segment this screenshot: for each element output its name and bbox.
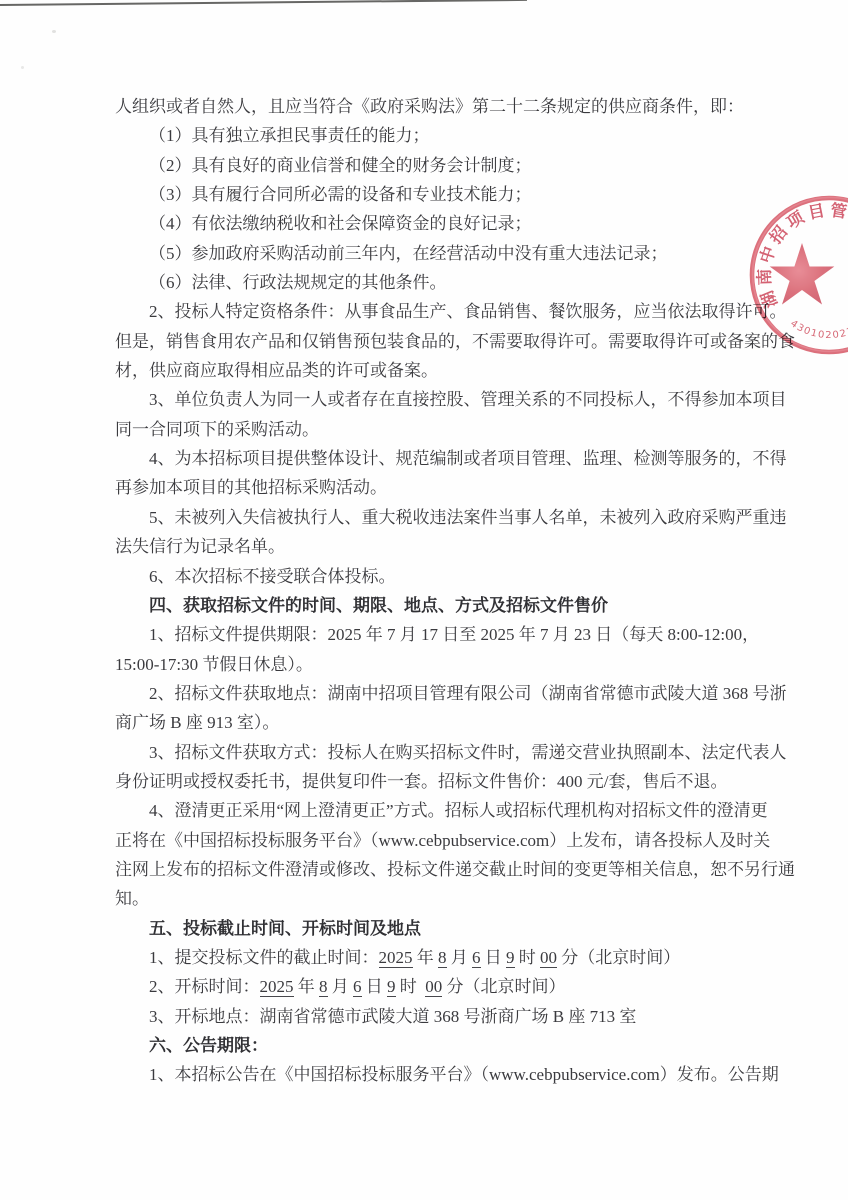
text-run: 时	[515, 948, 541, 967]
text-run: 分（北京时间）	[557, 948, 680, 967]
section-heading: 五、投标截止时间、开标时间及地点	[115, 914, 763, 943]
doc-line: 4、澄清更正采用“网上澄清更正”方式。招标人或招标代理机构对招标文件的澄清更	[115, 796, 763, 825]
section-heading: 六、公告期限：	[115, 1031, 763, 1060]
text-run: 身份证明或授权委托书，提供复印件一套。招标文件售价：400 元/套，售后不退。	[115, 772, 727, 791]
text-run: 分（北京时间）	[442, 977, 565, 996]
doc-line: （5）参加政府采购活动前三年内，在经营活动中没有重大违法记录；	[115, 239, 763, 268]
doc-line: 身份证明或授权委托书，提供复印件一套。招标文件售价：400 元/套，售后不退。	[115, 767, 763, 796]
text-run: （1）具有独立承担民事责任的能力；	[149, 126, 430, 145]
underlined-value: 8	[438, 948, 447, 968]
document-body-text: 人组织或者自然人，且应当符合《政府采购法》第二十二条规定的供应商条件，即：（1）…	[115, 92, 763, 1090]
underlined-value: 6	[472, 948, 481, 968]
doc-line: 人组织或者自然人，且应当符合《政府采购法》第二十二条规定的供应商条件，即：	[115, 92, 763, 121]
text-run: 4、为本招标项目提供整体设计、规范编制或者项目管理、监理、检测等服务的，不得	[149, 449, 787, 468]
text-run: （2）具有良好的商业信誉和健全的财务会计制度；	[149, 156, 532, 175]
text-run: 日	[362, 977, 388, 996]
text-run: （3）具有履行合同所必需的设备和专业技术能力；	[149, 185, 532, 204]
text-run: 3、招标文件获取方式：投标人在购买招标文件时，需递交营业执照副本、法定代表人	[149, 743, 787, 762]
text-run: 年	[413, 948, 439, 967]
doc-line: 材，供应商应取得相应品类的许可或备案。	[115, 356, 763, 385]
text-run: 2、投标人特定资格条件：从事食品生产、食品销售、餐饮服务，应当依法取得许可。	[149, 302, 787, 321]
text-run: 4、澄清更正采用“网上澄清更正”方式。招标人或招标代理机构对招标文件的澄清更	[149, 801, 768, 820]
text-run: 2、开标时间：	[149, 977, 260, 996]
doc-line: 1、招标文件提供期限：2025 年 7 月 17 日至 2025 年 7 月 2…	[115, 620, 763, 649]
doc-line: （4）有依法缴纳税收和社会保障资金的良好记录；	[115, 209, 763, 238]
doc-line: （3）具有履行合同所必需的设备和专业技术能力；	[115, 180, 763, 209]
doc-line: 3、单位负责人为同一人或者存在直接控股、管理关系的不同投标人，不得参加本项目	[115, 385, 763, 414]
text-run: 法失信行为记录名单。	[115, 537, 285, 556]
text-run: 日	[481, 948, 507, 967]
text-run: 15:00-17:30 节假日休息）。	[115, 655, 313, 674]
section-heading: 四、获取招标文件的时间、期限、地点、方式及招标文件售价	[115, 591, 763, 620]
doc-line: 法失信行为记录名单。	[115, 532, 763, 561]
underlined-value: 8	[319, 977, 328, 997]
text-run: 6、本次招标不接受联合体投标。	[149, 567, 396, 586]
doc-line: （2）具有良好的商业信誉和健全的财务会计制度；	[115, 151, 763, 180]
doc-line: （1）具有独立承担民事责任的能力；	[115, 121, 763, 150]
text-run: （5）参加政府采购活动前三年内，在经营活动中没有重大违法记录；	[149, 244, 668, 263]
text-run: 月	[328, 977, 354, 996]
underlined-value: 9	[506, 948, 515, 968]
text-run: 正将在《中国招标投标服务平台》（www.cebpubservice.com）上发…	[115, 831, 770, 850]
doc-line: （6）法律、行政法规规定的其他条件。	[115, 268, 763, 297]
doc-line: 正将在《中国招标投标服务平台》（www.cebpubservice.com）上发…	[115, 826, 763, 855]
underlined-value: 2025	[260, 977, 294, 997]
text-run: 年	[294, 977, 320, 996]
underlined-value: 00	[425, 977, 442, 997]
text-run: 时	[396, 977, 426, 996]
text-run: 人组织或者自然人，且应当符合《政府采购法》第二十二条规定的供应商条件，即：	[115, 97, 744, 116]
text-run: 2、招标文件获取地点：湖南中招项目管理有限公司（湖南省常德市武陵大道 368 号…	[149, 684, 787, 703]
text-run: 1、本招标公告在《中国招标投标服务平台》（www.cebpubservice.c…	[149, 1065, 779, 1084]
seal-serial-number: 43010202196	[788, 318, 848, 341]
underlined-value: 00	[540, 948, 557, 968]
company-seal-stamp: 湖南中招项目管理有限公司 43010202196	[745, 190, 848, 360]
doc-line: 2、开标时间：2025 年 8 月 6 日 9 时 00 分（北京时间）	[115, 972, 763, 1001]
text-run: 四、获取招标文件的时间、期限、地点、方式及招标文件售价	[149, 596, 608, 615]
doc-line: 注网上发布的招标文件澄清或修改、投标文件递交截止时间的变更等相关信息，恕不另行通	[115, 855, 763, 884]
doc-line: 1、本招标公告在《中国招标投标服务平台》（www.cebpubservice.c…	[115, 1060, 763, 1089]
seal-star-icon	[770, 243, 835, 305]
doc-line: 3、招标文件获取方式：投标人在购买招标文件时，需递交营业执照副本、法定代表人	[115, 738, 763, 767]
text-run: 1、招标文件提供期限：2025 年 7 月 17 日至 2025 年 7 月 2…	[149, 625, 759, 644]
doc-line: 6、本次招标不接受联合体投标。	[115, 562, 763, 591]
scan-speck	[52, 30, 56, 33]
doc-line: 15:00-17:30 节假日休息）。	[115, 650, 763, 679]
doc-line: 2、招标文件获取地点：湖南中招项目管理有限公司（湖南省常德市武陵大道 368 号…	[115, 679, 763, 708]
text-run: 3、开标地点：湖南省常德市武陵大道 368 号浙商广场 B 座 713 室	[149, 1007, 636, 1026]
text-run: 知。	[115, 889, 149, 908]
doc-line: 知。	[115, 884, 763, 913]
text-run: 5、未被列入失信被执行人、重大税收违法案件当事人名单，未被列入政府采购严重违	[149, 508, 787, 527]
text-run: （4）有依法缴纳税收和社会保障资金的良好记录；	[149, 214, 532, 233]
doc-line: 再参加本项目的其他招标采购活动。	[115, 473, 763, 502]
underlined-value: 9	[387, 977, 396, 997]
scan-speck	[21, 66, 24, 69]
text-run: 五、投标截止时间、开标时间及地点	[149, 919, 421, 938]
doc-line: 同一合同项下的采购活动。	[115, 415, 763, 444]
doc-line: 2、投标人特定资格条件：从事食品生产、食品销售、餐饮服务，应当依法取得许可。	[115, 297, 763, 326]
text-run: 同一合同项下的采购活动。	[115, 420, 319, 439]
doc-line: 商广场 B 座 913 室）。	[115, 708, 763, 737]
text-run: 3、单位负责人为同一人或者存在直接控股、管理关系的不同投标人，不得参加本项目	[149, 390, 787, 409]
doc-line: 5、未被列入失信被执行人、重大税收违法案件当事人名单，未被列入政府采购严重违	[115, 503, 763, 532]
text-run: 商广场 B 座 913 室）。	[115, 713, 279, 732]
text-run: 但是，销售食用农产品和仅销售预包装食品的，不需要取得许可。需要取得许可或备案的食	[115, 332, 795, 351]
scanned-document-page: 人组织或者自然人，且应当符合《政府采购法》第二十二条规定的供应商条件，即：（1）…	[0, 0, 848, 1200]
doc-line: 1、提交投标文件的截止时间：2025 年 8 月 6 日 9 时 00 分（北京…	[115, 943, 763, 972]
text-run: 六、公告期限：	[149, 1036, 268, 1055]
text-run: 注网上发布的招标文件澄清或修改、投标文件递交截止时间的变更等相关信息，恕不另行通	[115, 860, 795, 879]
underlined-value: 2025	[379, 948, 413, 968]
text-run: （6）法律、行政法规规定的其他条件。	[149, 273, 447, 292]
text-run: 再参加本项目的其他招标采购活动。	[115, 478, 387, 497]
doc-line: 4、为本招标项目提供整体设计、规范编制或者项目管理、监理、检测等服务的，不得	[115, 444, 763, 473]
text-run: 材，供应商应取得相应品类的许可或备案。	[115, 361, 438, 380]
scan-edge-artifact	[0, 0, 527, 6]
text-run: 1、提交投标文件的截止时间：	[149, 948, 379, 967]
doc-line: 3、开标地点：湖南省常德市武陵大道 368 号浙商广场 B 座 713 室	[115, 1002, 763, 1031]
text-run: 月	[447, 948, 473, 967]
underlined-value: 6	[353, 977, 362, 997]
doc-line: 但是，销售食用农产品和仅销售预包装食品的，不需要取得许可。需要取得许可或备案的食	[115, 327, 763, 356]
